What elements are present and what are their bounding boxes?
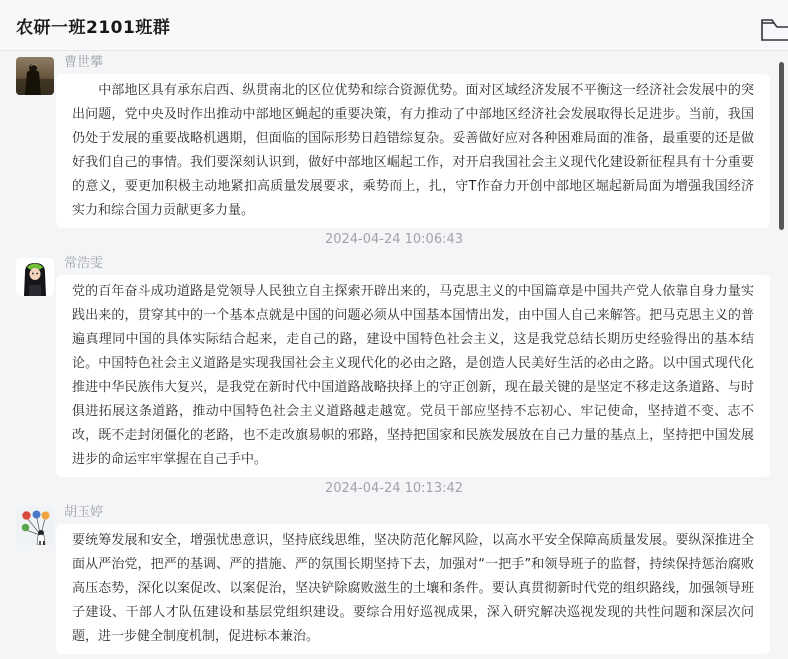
timestamp: 2024-04-24 10:13:42 — [0, 477, 788, 501]
message-bubble: 中部地区具有承东启西、纵贯南北的区位优势和综合资源优势。面对区域经济发展不平衡这… — [56, 74, 770, 228]
chat-area: 曹世攀 中部地区具有承东启西、纵贯南北的区位优势和综合资源优势。面对区域经济发展… — [0, 51, 788, 654]
message-content: 曹世攀 中部地区具有承东启西、纵贯南北的区位优势和综合资源优势。面对区域经济发展… — [56, 55, 770, 228]
avatar-image-balloons — [16, 507, 54, 545]
avatar[interactable] — [16, 507, 54, 545]
message: 常浩雯 党的百年奋斗成功道路是党领导人民独立自主探索开辟出来的，马克思主义的中国… — [0, 252, 788, 477]
message: 曹世攀 中部地区具有承东启西、纵贯南北的区位优势和综合资源优势。面对区域经济发展… — [0, 51, 788, 228]
message-content: 常浩雯 党的百年奋斗成功道路是党领导人民独立自主探索开辟出来的，马克思主义的中国… — [56, 256, 770, 477]
scrollbar-thumb[interactable] — [779, 62, 784, 230]
folder-icon[interactable] — [760, 16, 788, 42]
message-bubble: 要统筹发展和安全，增强忧患意识，坚持底线思维，坚决防范化解风险，以高水平安全保障… — [56, 524, 770, 654]
timestamp: 2024-04-24 10:06:43 — [0, 228, 788, 252]
avatar-image-oil-painting — [16, 57, 54, 95]
sender-name: 曹世攀 — [64, 55, 770, 71]
avatar-image-cartoon-girl — [16, 258, 54, 296]
avatar[interactable] — [16, 258, 54, 296]
sender-name: 常浩雯 — [64, 256, 770, 272]
message-content: 胡玉婷 要统筹发展和安全，增强忧患意识，坚持底线思维，坚决防范化解风险，以高水平… — [56, 505, 770, 654]
group-title: 农研一班2101班群 — [16, 13, 170, 38]
message: 胡玉婷 要统筹发展和安全，增强忧患意识，坚持底线思维，坚决防范化解风险，以高水平… — [0, 501, 788, 654]
window-header: 农研一班2101班群 — [0, 0, 788, 51]
chat-window: { "window": { "title": "\u519c\u7814\u4e… — [0, 0, 788, 659]
sender-name: 胡玉婷 — [64, 505, 770, 521]
scrollbar-track[interactable] — [776, 52, 788, 659]
message-bubble: 党的百年奋斗成功道路是党领导人民独立自主探索开辟出来的，马克思主义的中国篇章是中… — [56, 275, 770, 477]
avatar[interactable] — [16, 57, 54, 95]
